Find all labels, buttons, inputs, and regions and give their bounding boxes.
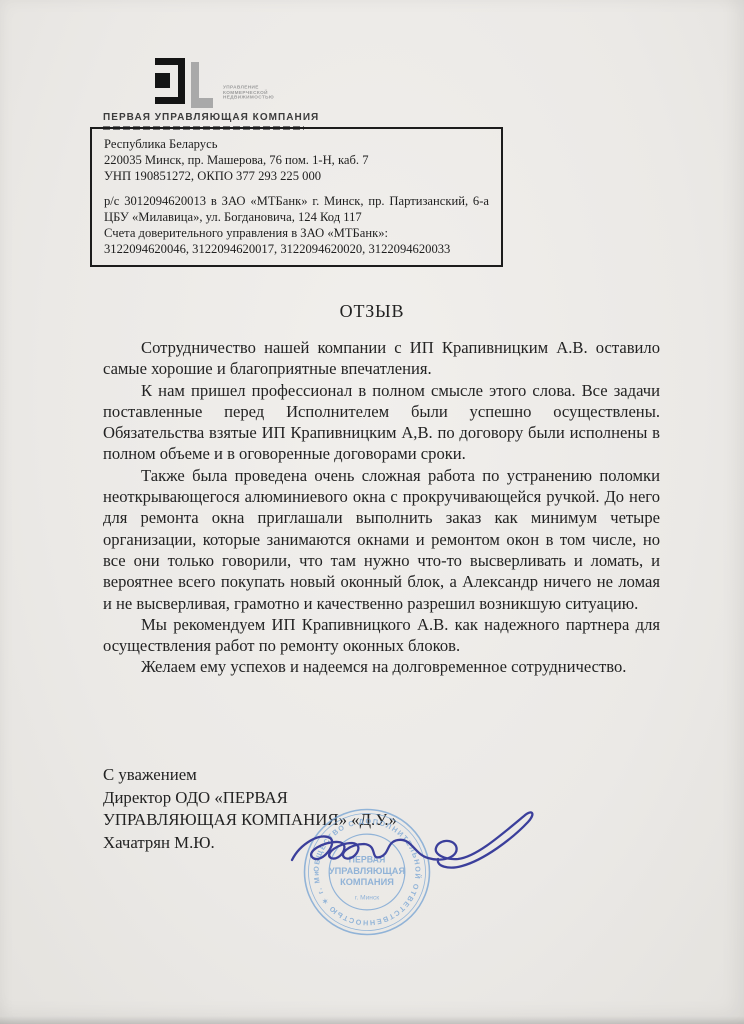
logo-tagline-line: УПРАВЛЕНИЕ	[223, 85, 274, 90]
address-line-unp: УНП 190851272, ОКПО 377 293 225 000	[104, 168, 489, 184]
company-logo-icon	[155, 58, 213, 108]
paragraph: К нам пришел профессионал в полном смысл…	[103, 380, 660, 465]
logo-tagline-line: НЕДВИЖИМОСТЬЮ	[223, 95, 274, 100]
director-signature-ink	[286, 804, 548, 888]
letter-title: ОТЗЫВ	[0, 301, 744, 322]
paragraph: Желаем ему успехов и надеемся на долговр…	[103, 656, 660, 677]
letterhead: УПРАВЛЕНИЕ КОММЕРЧЕСКОЙ НЕДВИЖИМОСТЬЮ ПЕ…	[103, 58, 313, 130]
stamp-city: г. Минск	[355, 894, 379, 901]
paragraph: Также была проведена очень сложная работ…	[103, 465, 660, 614]
address-line-country: Республика Беларусь	[104, 136, 489, 152]
address-line-trust: Счета доверительного управления в ЗАО «М…	[104, 225, 489, 241]
scan-edge-shadow	[0, 1016, 744, 1024]
address-box: Республика Беларусь 220035 Минск, пр. Ма…	[90, 127, 503, 267]
company-name: ПЕРВАЯ УПРАВЛЯЮЩАЯ КОМПАНИЯ	[103, 112, 313, 123]
paragraph: Сотрудничество нашей компании с ИП Крапи…	[103, 337, 660, 380]
address-line-street: 220035 Минск, пр. Машерова, 76 пом. 1-Н,…	[104, 152, 489, 168]
closing-regards: С уважением	[103, 764, 397, 787]
paragraph: Мы рекомендуем ИП Крапивницкого А.В. как…	[103, 614, 660, 657]
letter-body: Сотрудничество нашей компании с ИП Крапи…	[103, 337, 660, 678]
logo-tagline: УПРАВЛЕНИЕ КОММЕРЧЕСКОЙ НЕДВИЖИМОСТЬЮ	[223, 85, 274, 100]
logo-tagline-line: КОММЕРЧЕСКОЙ	[223, 90, 274, 95]
address-line-accounts: 3122094620046, 3122094620017, 3122094620…	[104, 241, 489, 257]
address-line-bank: р/с 3012094620013 в ЗАО «МТБанк» г. Минс…	[104, 193, 489, 225]
scanned-letter-page: УПРАВЛЕНИЕ КОММЕРЧЕСКОЙ НЕДВИЖИМОСТЬЮ ПЕ…	[0, 0, 744, 1024]
